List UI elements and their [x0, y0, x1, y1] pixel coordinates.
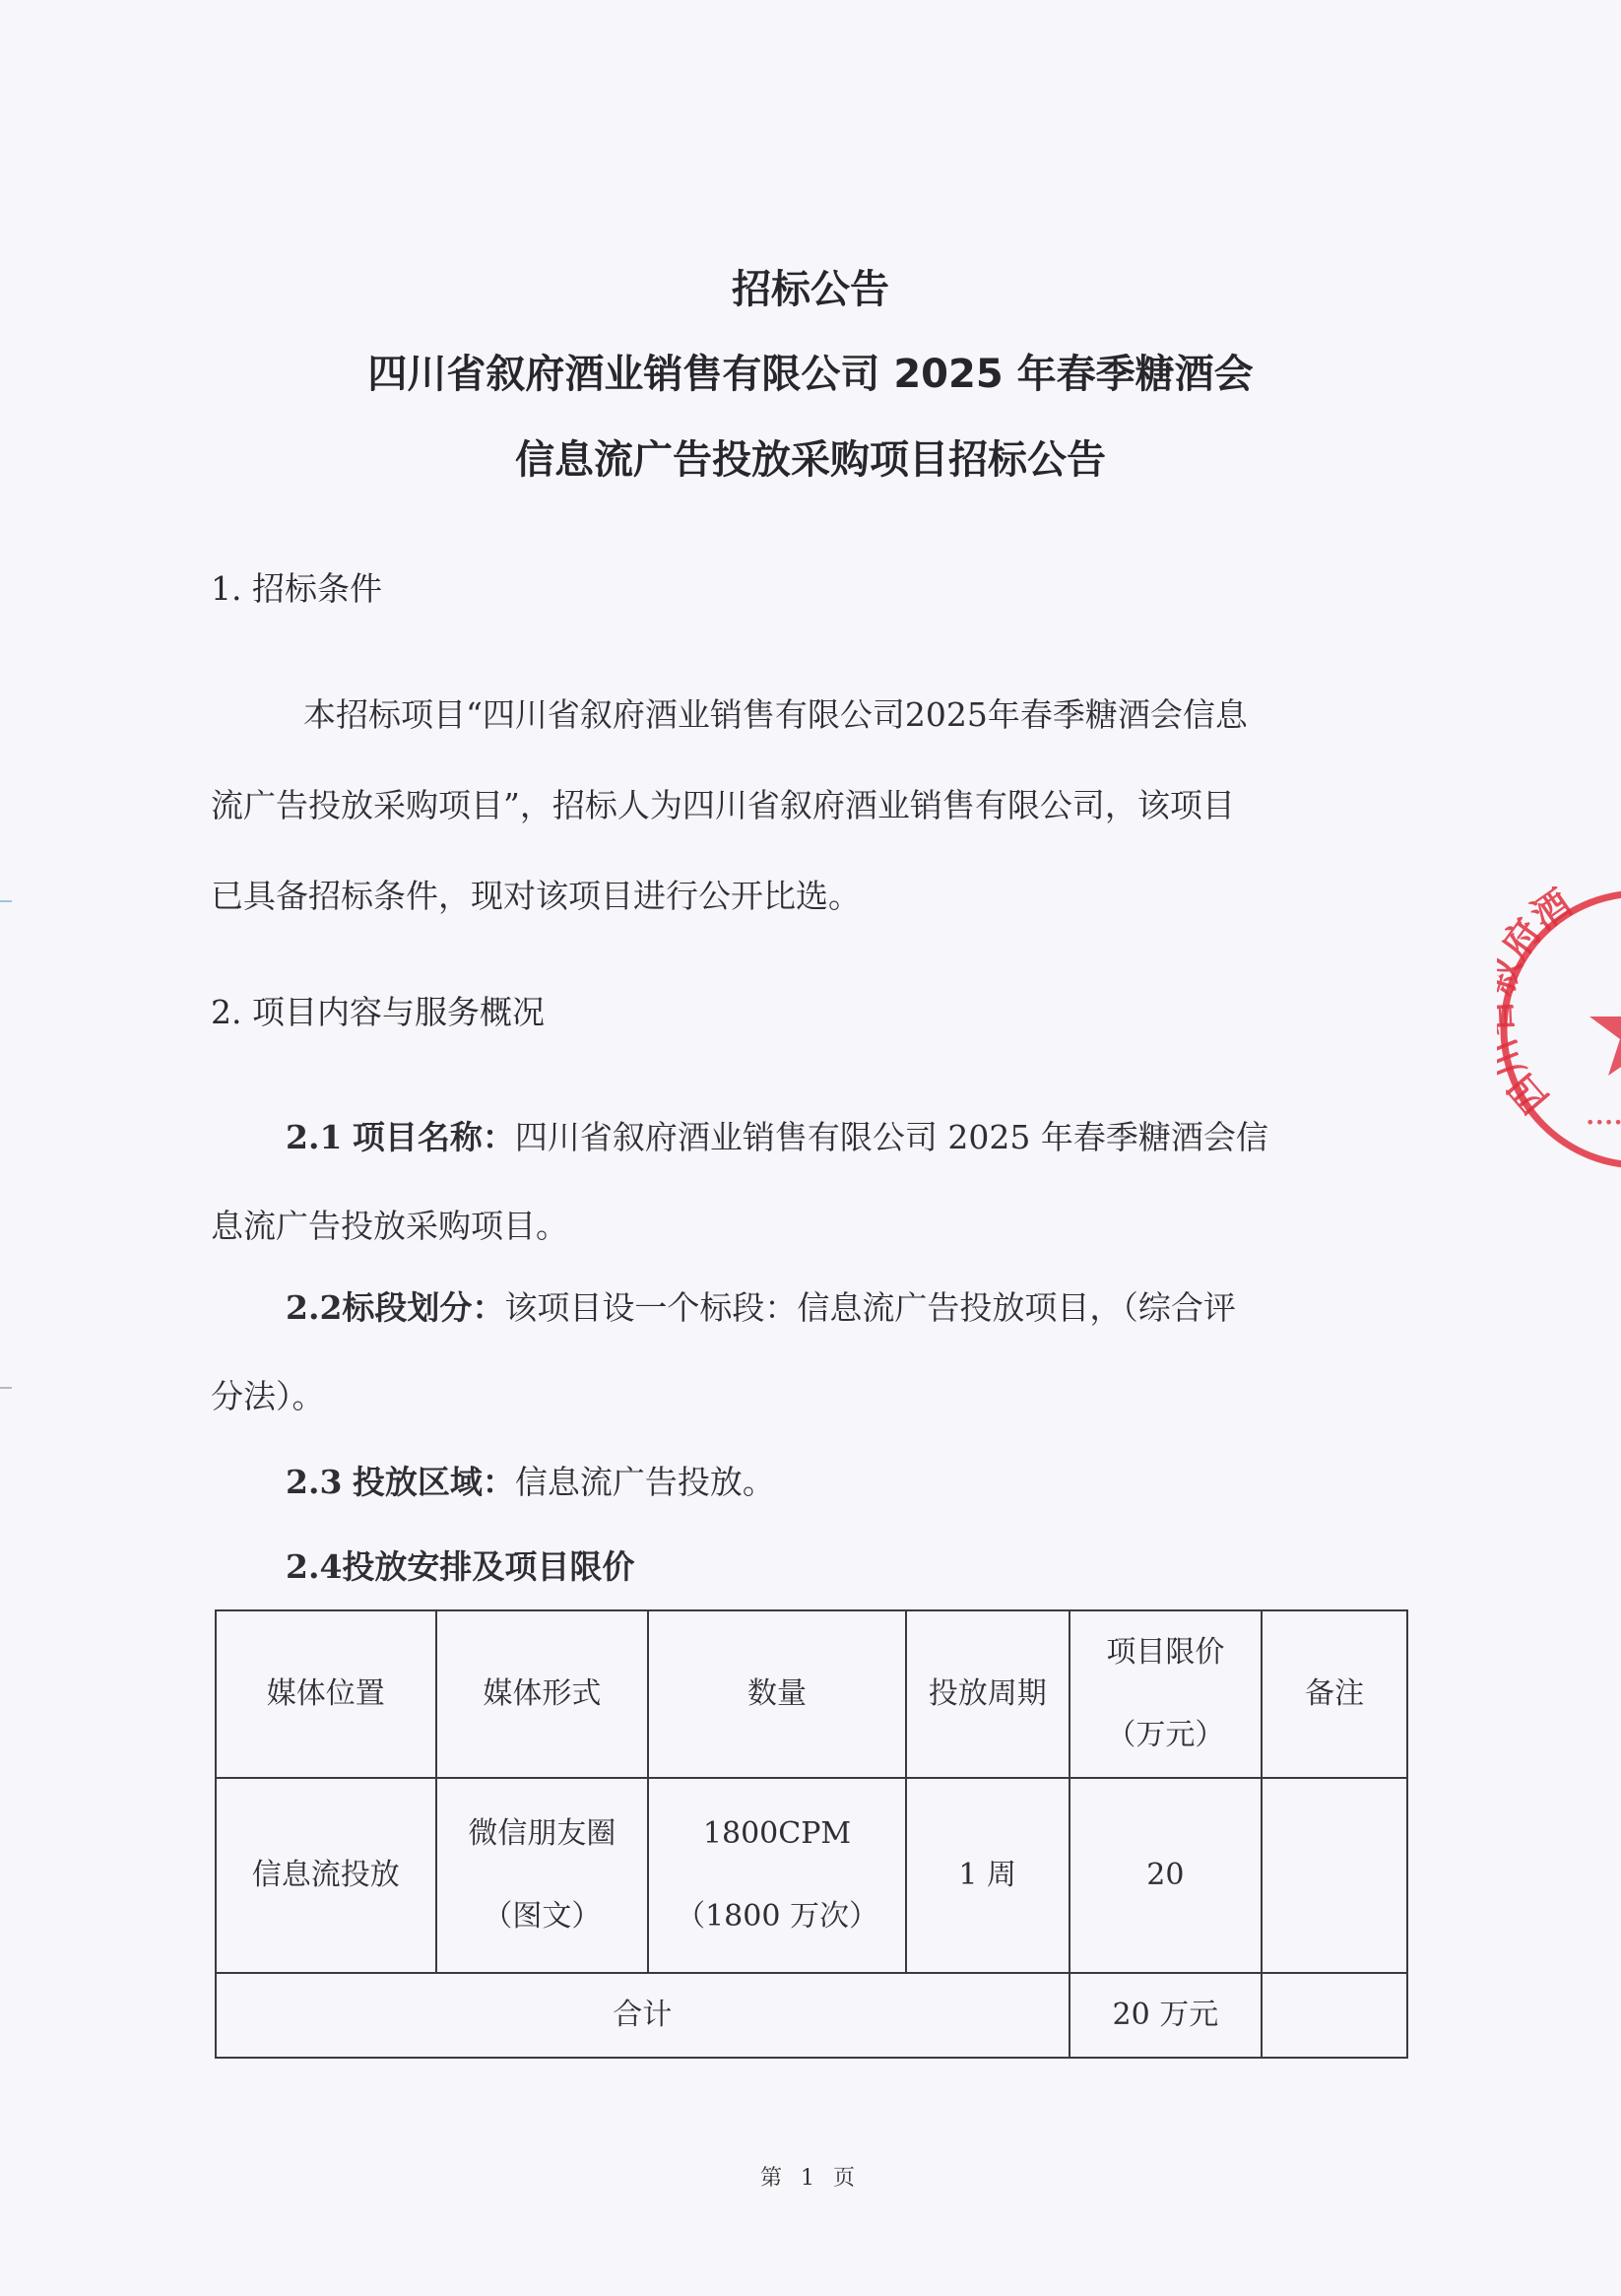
price-table: 媒体位置 媒体形式 数量 投放周期 项目限价 （万元） 备注 信息流投放 微信朋… [215, 1609, 1408, 2059]
cell-media-form: 微信朋友圈 （图文） [436, 1778, 649, 1973]
cell-remark [1262, 1778, 1407, 1973]
cell-price-limit: 20 [1070, 1778, 1263, 1973]
item-2-1: 2.1 项目名称：四川省叙府酒业销售有限公司 2025 年春季糖酒会信 息流广告… [211, 1093, 1410, 1271]
document-page: 招标公告 四川省叙府酒业销售有限公司 2025 年春季糖酒会 信息流广告投放采购… [0, 0, 1621, 2296]
item-number: 2.4 [286, 1547, 342, 1586]
header-quantity: 数量 [648, 1610, 906, 1778]
item-label: 项目名称： [353, 1118, 515, 1156]
company-seal-icon: 四川省叙府酒 •••••••• [1497, 886, 1621, 1172]
item-text-cont: 息流广告投放采购项目。 [211, 1182, 1410, 1271]
item-2-3: 2.3 投放区域：信息流广告投放。 [211, 1438, 1410, 1527]
scan-edge-mark [0, 900, 12, 902]
table-row: 信息流投放 微信朋友圈 （图文） 1800CPM （1800 万次） 1 周 2… [216, 1778, 1407, 1973]
item-number: 2.3 [286, 1463, 342, 1501]
item-text: 该项目设一个标段：信息流广告投放项目，（综合评 [504, 1288, 1236, 1327]
cell-quantity: 1800CPM （1800 万次） [648, 1778, 906, 1973]
table-total-row: 合计 20 万元 [216, 1973, 1407, 2058]
header-media-form: 媒体形式 [436, 1610, 649, 1778]
item-2-4: 2.4投放安排及项目限价 [211, 1523, 1410, 1611]
cell-period: 1 周 [906, 1778, 1070, 1973]
table-header-row: 媒体位置 媒体形式 数量 投放周期 项目限价 （万元） 备注 [216, 1610, 1407, 1778]
section-1-paragraph: 本招标项目“四川省叙府酒业销售有限公司2025年春季糖酒会信息 流广告投放采购项… [211, 670, 1410, 942]
item-label: 投放安排及项目限价 [342, 1547, 634, 1586]
section-1-heading: 1. 招标条件 [211, 563, 382, 610]
item-2-2: 2.2标段划分：该项目设一个标段：信息流广告投放项目，（综合评 分法）。 [211, 1264, 1410, 1441]
section-2-heading: 2. 项目内容与服务概况 [211, 987, 545, 1033]
doc-title-project: 信息流广告投放采购项目招标公告 [0, 428, 1621, 485]
item-text: 信息流广告投放。 [515, 1463, 775, 1501]
item-number: 2.1 [286, 1118, 342, 1156]
svg-text:四川省叙府酒: 四川省叙府酒 [1497, 886, 1579, 1122]
total-label: 合计 [216, 1973, 1070, 2058]
doc-title-company: 四川省叙府酒业销售有限公司 2025 年春季糖酒会 [0, 343, 1621, 399]
scan-edge-mark [0, 1387, 12, 1389]
total-remark [1262, 1973, 1407, 2058]
total-value: 20 万元 [1070, 1973, 1263, 2058]
item-label: 投放区域： [353, 1463, 515, 1501]
item-label: 标段划分： [342, 1288, 504, 1327]
item-text-cont: 分法）。 [211, 1352, 1410, 1441]
svg-text:••••••••: •••••••• [1586, 1113, 1621, 1132]
item-text: 四川省叙府酒业销售有限公司 2025 年春季糖酒会信 [515, 1118, 1268, 1156]
page-number: 第 1 页 [0, 2161, 1621, 2192]
paragraph-line: 流广告投放采购项目”，招标人为四川省叙府酒业销售有限公司，该项目 [211, 760, 1410, 851]
item-number: 2.2 [286, 1288, 342, 1327]
cell-media-position: 信息流投放 [216, 1778, 436, 1973]
paragraph-line: 已具备招标条件，现对该项目进行公开比选。 [211, 851, 1410, 942]
header-price-limit: 项目限价 （万元） [1070, 1610, 1263, 1778]
doc-title: 招标公告 [0, 258, 1621, 314]
paragraph-line: 本招标项目“四川省叙府酒业销售有限公司2025年春季糖酒会信息 [303, 695, 1248, 734]
header-period: 投放周期 [906, 1610, 1070, 1778]
header-media-position: 媒体位置 [216, 1610, 436, 1778]
header-remark: 备注 [1262, 1610, 1407, 1778]
